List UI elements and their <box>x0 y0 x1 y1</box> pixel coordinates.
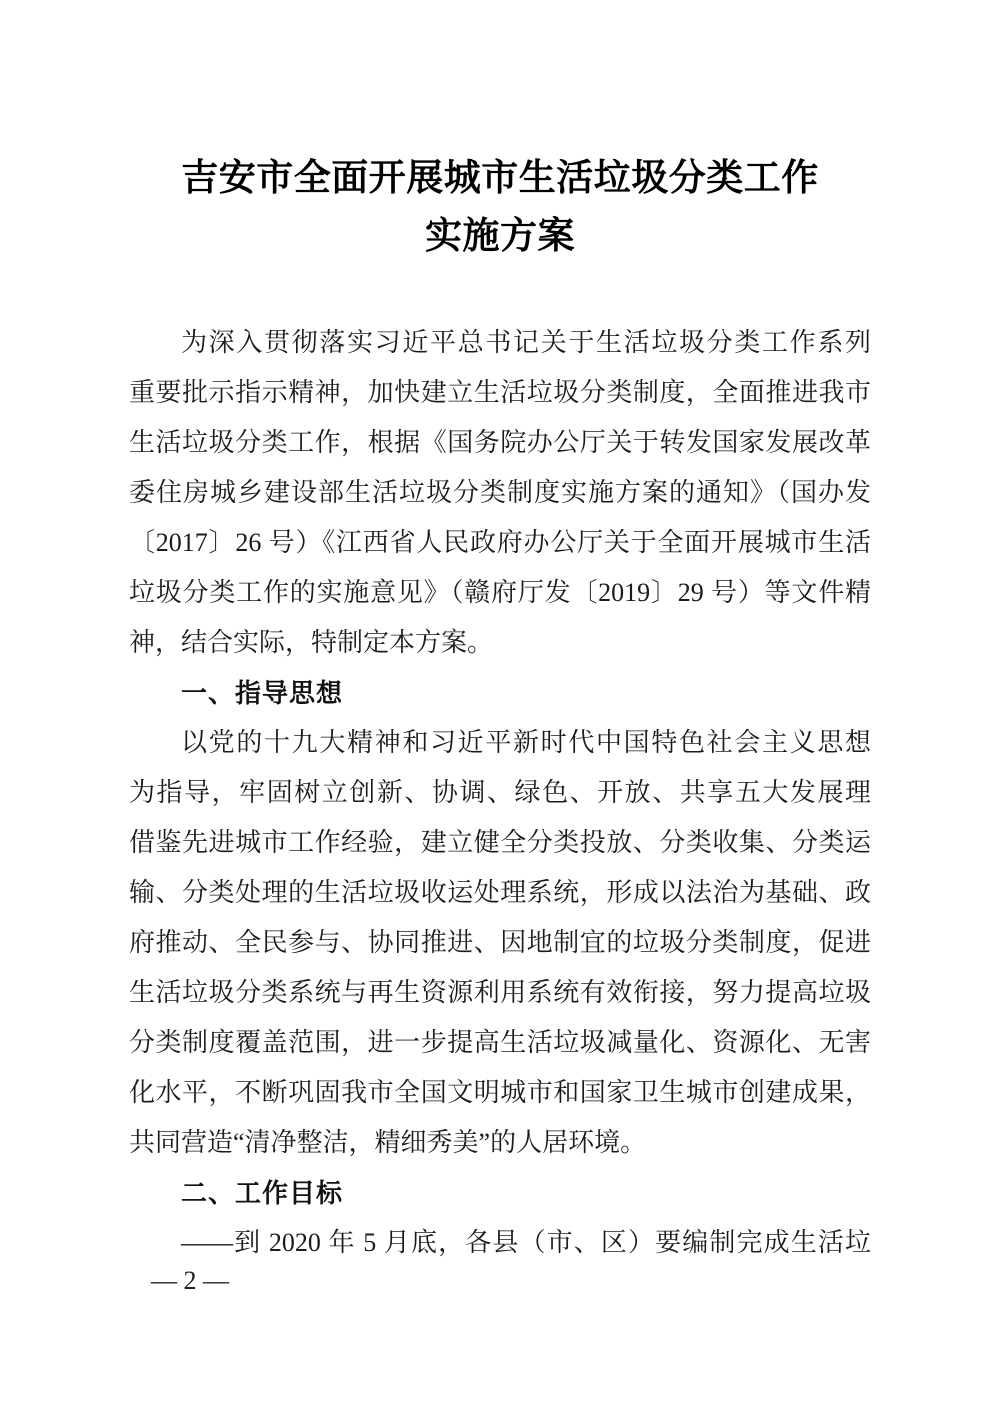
body-line: 生活垃圾分类工作，根据《国务院办公厅关于转发国家发展改革 <box>129 418 871 468</box>
document-title: 吉安市全面开展城市生活垃圾分类工作 实施方案 <box>0 150 1000 266</box>
body-line: 〔2017〕26 号）《江西省人民政府办公厅关于全面开展城市生活 <box>129 518 871 568</box>
body-line: 为指导，牢固树立创新、协调、绿色、开放、共享五大发展理念， <box>129 768 871 818</box>
body-line: 重要批示指示精神，加快建立生活垃圾分类制度，全面推进我市 <box>129 368 871 418</box>
body-line: 垃圾分类工作的实施意见》（赣府厅发〔2019〕29 号）等文件精 <box>129 568 871 618</box>
title-line-2: 实施方案 <box>0 208 1000 266</box>
paragraph-intro: 为深入贯彻落实习近平总书记关于生活垃圾分类工作系列 重要批示指示精神，加快建立生… <box>129 318 871 668</box>
heading-work-goals: 二、工作目标 <box>129 1168 871 1218</box>
body-line: 以党的十九大精神和习近平新时代中国特色社会主义思想 <box>129 718 871 768</box>
title-line-1: 吉安市全面开展城市生活垃圾分类工作 <box>0 150 1000 208</box>
heading-guiding-ideology: 一、指导思想 <box>129 668 871 718</box>
body-line: 分类制度覆盖范围，进一步提高生活垃圾减量化、资源化、无害 <box>129 1018 871 1068</box>
body-line: 借鉴先进城市工作经验，建立健全分类投放、分类收集、分类运 <box>129 818 871 868</box>
paragraph-work-goals: ——到 2020 年 5 月底，各县（市、区）要编制完成生活垃 <box>129 1218 871 1268</box>
body-line: 共同营造“清净整洁，精细秀美”的人居环境。 <box>129 1118 871 1168</box>
document-body: 为深入贯彻落实习近平总书记关于生活垃圾分类工作系列 重要批示指示精神，加快建立生… <box>129 318 871 1268</box>
body-line: ——到 2020 年 5 月底，各县（市、区）要编制完成生活垃 <box>129 1218 871 1268</box>
body-line: 生活垃圾分类系统与再生资源利用系统有效衔接，努力提高垃圾 <box>129 968 871 1018</box>
body-line: 府推动、全民参与、协同推进、因地制宜的垃圾分类制度，促进 <box>129 918 871 968</box>
body-line: 神，结合实际，特制定本方案。 <box>129 618 871 668</box>
body-line: 化水平，不断巩固我市全国文明城市和国家卫生城市创建成果， <box>129 1068 871 1118</box>
page-number: — 2 — <box>151 1266 229 1296</box>
document-page: 吉安市全面开展城市生活垃圾分类工作 实施方案 为深入贯彻落实习近平总书记关于生活… <box>0 0 1000 1414</box>
body-line: 为深入贯彻落实习近平总书记关于生活垃圾分类工作系列 <box>129 318 871 368</box>
paragraph-guiding-ideology: 以党的十九大精神和习近平新时代中国特色社会主义思想 为指导，牢固树立创新、协调、… <box>129 718 871 1168</box>
body-line: 委住房城乡建设部生活垃圾分类制度实施方案的通知》（国办发 <box>129 468 871 518</box>
body-line: 输、分类处理的生活垃圾收运处理系统，形成以法治为基础、政 <box>129 868 871 918</box>
